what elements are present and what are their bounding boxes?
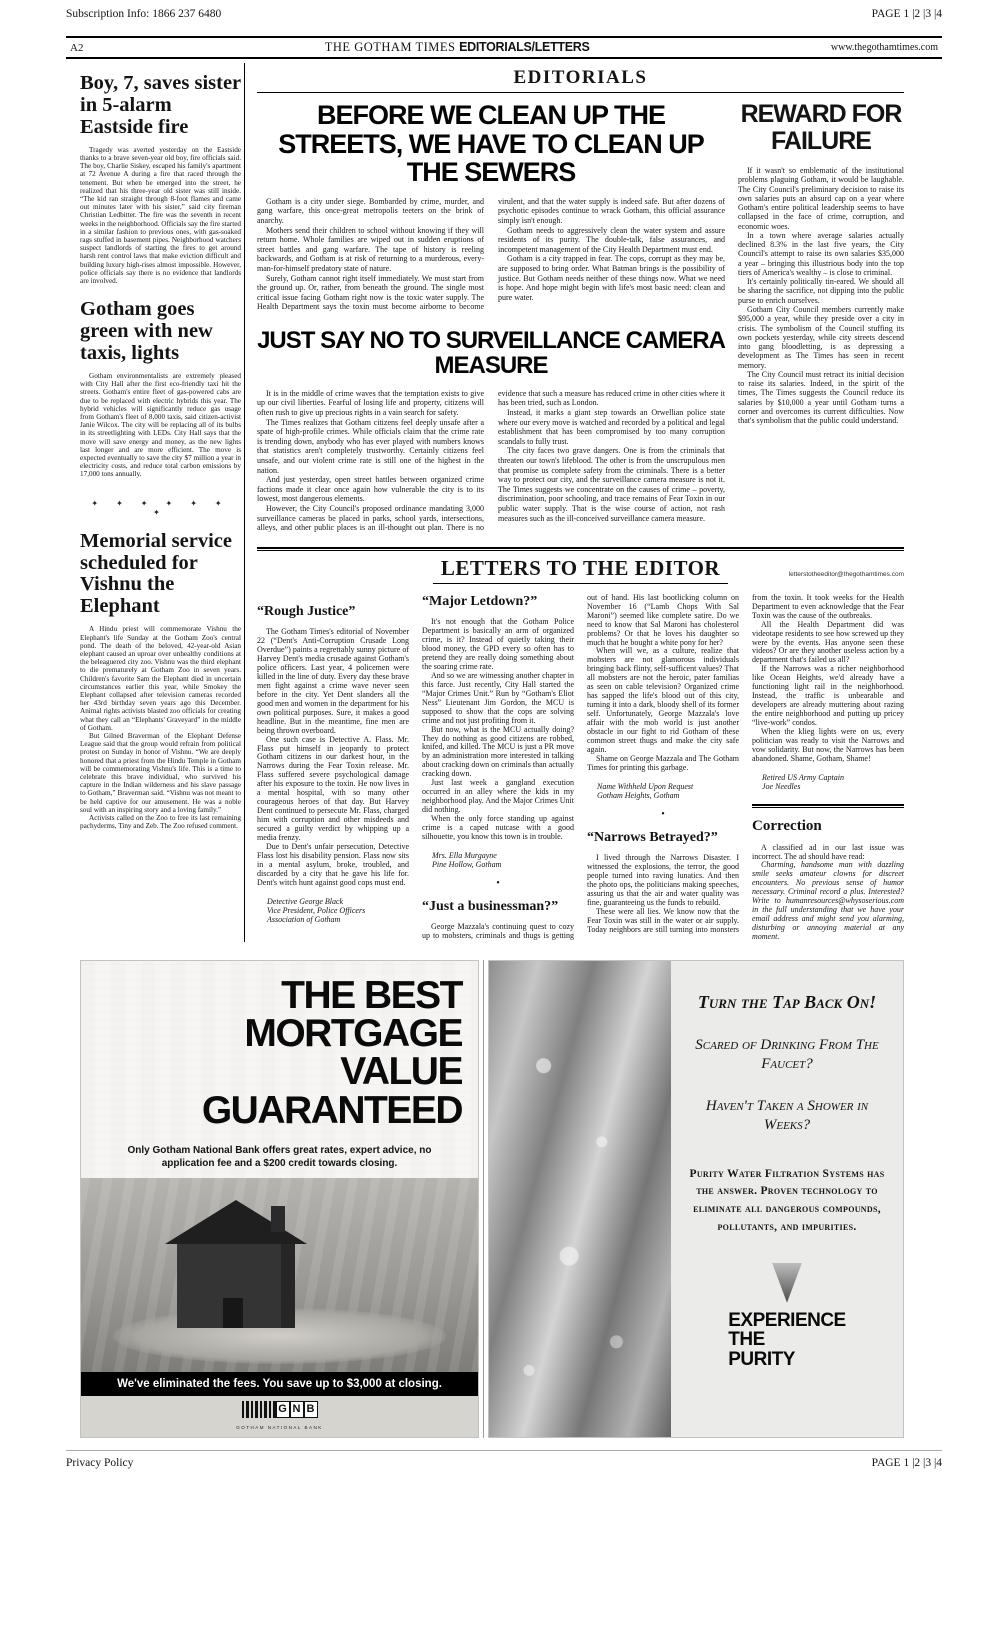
section-label: EDITORIALS/LETTERS [459,40,590,54]
footer: Privacy Policy PAGE 1 |2 |3 |4 [66,1450,942,1469]
paragraph: Gotham is a city under siege. Bombarded … [257,197,484,226]
double-rule [752,804,904,808]
paragraph: All the Health Department did was videot… [752,621,904,666]
mortgage-ad-tagline: Only Gotham National Bank offers great r… [81,1134,478,1178]
paragraph: When will we, as a culture, realize that… [587,647,739,754]
letters-section: LETTERS TO THE EDITOR letterstotheeditor… [257,547,904,942]
mortgage-ad[interactable]: THE BEST MORTGAGE VALUE GUARANTEED Only … [80,960,479,1438]
paragraph: Shame on George Mazzala and The Gotham T… [587,755,739,773]
brand-line: PURITY [728,1350,845,1369]
editorials-row: BEFORE WE CLEAN UP THE STREETS, WE HAVE … [257,101,904,533]
masthead: A2 THE GOTHAM TIMES EDITORIALS/LETTERS w… [66,36,942,59]
page-label: A2 [70,42,83,54]
paragraph: A Hindu priest will commemorate Vishnu t… [80,625,241,732]
paragraph: Just last week a gangland execution occu… [422,779,574,815]
letters-columns: “Rough Justice” The Gotham Times's edito… [257,594,904,942]
gnb-letter: G [276,1401,290,1418]
paper-name-text: THE GOTHAM TIMES [325,40,456,54]
correction-ad-text: Charming, handsome man with dazzling smi… [752,861,904,942]
paragraph: The city faces two grave dangers. One is… [498,446,725,523]
purity-hook-1: Turn the Tap Back On! [687,991,887,1014]
mortgage-ad-headline: THE BEST MORTGAGE VALUE GUARANTEED [81,961,478,1134]
mortgage-ad-offer-bar: We've eliminated the fees. You save up t… [81,1372,478,1396]
editorials-section-title: EDITORIALS [257,63,904,93]
headline-line: MORTGAGE [97,1015,462,1053]
headline-line: VALUE [97,1053,462,1091]
house-door-shape [223,1298,243,1328]
advertisements-row: THE BEST MORTGAGE VALUE GUARANTEED Only … [80,960,904,1438]
letters-email-link[interactable]: letterstotheeditor@thegothamtimes.com [789,571,904,578]
newspaper-page: Subscription Info: 1866 237 6480 PAGE 1 … [0,0,1004,1638]
paragraph: And so we are witnessing another chapter… [422,672,574,726]
barcode-bars-icon [242,1401,276,1418]
signature-line: Association of Gotham [267,916,409,925]
editorials-main-column: BEFORE WE CLEAN UP THE STREETS, WE HAVE … [257,101,725,533]
paragraph: Instead, it marks a giant step towards a… [498,408,725,446]
letter-signature: Detective George Black Vice President, P… [267,898,409,925]
paragraph: Activists called on the Zoo to free its … [80,814,241,830]
paragraph: Mothers send their children to school wi… [257,226,484,274]
editorial-headline-surveillance: JUST SAY NO TO SURVEILLANCE CAMERA MEASU… [257,328,725,379]
paragraph: Due to Dent's unfair persecution, Detect… [257,843,409,888]
paragraph: The Times realizes that Gotham citizens … [257,418,484,476]
house-chimney-shape [271,1206,285,1232]
letter-title-just-a-businessman: “Just a businessman?” [422,899,574,914]
content-area: Boy, 7, saves sister in 5-alarm Eastside… [80,63,904,942]
double-rule [257,547,904,551]
editorial-body-sewers: Gotham is a city under siege. Bombarded … [257,197,725,312]
purity-brand-lockup: EXPERIENCE THE PURITY [728,1311,845,1369]
page-nav-bottom[interactable]: PAGE 1 |2 |3 |4 [872,1457,942,1469]
paragraph: If the Narrows was a richer neighborhood… [752,665,904,728]
headline-line: THE BEST [97,977,462,1015]
purity-water-ad[interactable]: Turn the Tap Back On! Scared of Drinking… [488,960,904,1438]
brand-line: EXPERIENCE [728,1311,845,1330]
article-body-eastside-fire: Tragedy was averted yesterday on the Eas… [80,146,241,285]
paragraph: The Gotham Times's editorial of November… [257,628,409,735]
paragraph: In a town where average salaries actuall… [738,231,904,277]
purity-ad-copy: Turn the Tap Back On! Scared of Drinking… [671,961,903,1437]
house-roof-shape [165,1200,307,1244]
pouring-water-image [489,961,671,1437]
main-area: EDITORIALS BEFORE WE CLEAN UP THE STREET… [250,63,904,942]
paragraph: It is in the middle of crime waves that … [257,389,484,418]
article-title-eastside-fire: Boy, 7, saves sister in 5-alarm Eastside… [80,73,241,139]
article-title-vishnu-memorial: Memorial service scheduled for Vishnu th… [80,531,241,619]
article-body-goes-green: Gotham environmentalists are extremely p… [80,372,241,479]
correction-intro: A classified ad in our last issue was in… [752,844,904,862]
left-news-column: Boy, 7, saves sister in 5-alarm Eastside… [80,63,241,942]
gnb-logo-caption: GOTHAM NATIONAL BANK [81,1425,478,1430]
gnb-logo: G N B GOTHAM NATIONAL BANK [81,1396,478,1437]
privacy-policy-link[interactable]: Privacy Policy [66,1457,133,1469]
signature-line: Gotham Heights, Gotham [597,792,739,801]
signature-line: Joe Needles [762,783,904,792]
paragraph: I lived through the Narrows Disaster. I … [587,854,739,908]
house-on-money-image [81,1178,478,1372]
paragraph: Gotham environmentalists are extremely p… [80,372,241,479]
water-drop-icon [770,1263,804,1303]
star-divider: ✦ ✦ ✦ ✦ ✦ ✦ ✦ [80,499,241,517]
paragraph: Gotham is a city trapped in fear. The co… [498,254,725,302]
signature-line: Pine Hollow, Gotham [432,861,574,870]
top-bar: Subscription Info: 1866 237 6480 PAGE 1 … [0,0,1004,20]
purity-hook-3: Haven't Taken a Shower in Weeks? [687,1097,887,1136]
letter-title-rough-justice: “Rough Justice” [257,604,409,619]
paragraph: When the klieg lights were on us, every … [752,728,904,764]
brand-line: THE [728,1330,845,1349]
paragraph: Tragedy was averted yesterday on the Eas… [80,146,241,285]
headline-line: GUARANTEED [97,1092,462,1130]
subscription-info: Subscription Info: 1866 237 6480 [66,8,221,20]
gnb-letter: N [290,1401,304,1418]
paragraph: One such case is Detective A. Flass. Mr.… [257,736,409,843]
article-body-vishnu-memorial: A Hindu priest will commemorate Vishnu t… [80,625,241,830]
paragraph: And just yesterday, open street battles … [257,475,484,504]
purity-hook-2: Scared of Drinking From The Faucet? [687,1036,887,1075]
paragraph: It's not enough that the Gotham Police D… [422,618,574,672]
letter-separator-bullet: • [587,809,739,820]
letters-section-title: LETTERS TO THE EDITOR [433,556,728,584]
article-title-goes-green: Gotham goes green with new taxis, lights [80,299,241,365]
paragraph: When the only force standing up against … [422,815,574,842]
letter-signature: Retired US Army Captain Joe Needles [762,774,904,792]
letter-signature: Mrs. Ella Murgayne Pine Hollow, Gotham [432,852,574,870]
gnb-letter: B [304,1401,318,1418]
website-link[interactable]: www.thegothamtimes.com [831,42,938,53]
paragraph: Gotham City Council members currently ma… [738,305,904,370]
paragraph: But now, what is the MCU actually doing?… [422,726,574,780]
paper-name: THE GOTHAM TIMES EDITORIALS/LETTERS [325,40,590,55]
letters-header: LETTERS TO THE EDITOR letterstotheeditor… [257,556,904,584]
editorials-side-column: REWARD FOR FAILURE If it wasn't so emble… [725,101,904,533]
paragraph: The City Council must retract its initia… [738,370,904,426]
paragraph: If it wasn't so emblematic of the instit… [738,166,904,231]
correction-title: Correction [752,818,904,835]
ad-divider-rule [483,960,484,1438]
paragraph: Gotham needs to aggressively clean the w… [498,226,725,255]
editorial-body-reward: If it wasn't so emblematic of the instit… [738,166,904,425]
paragraph: But Gilned Braverman of the Elephant Def… [80,732,241,814]
editorial-headline-sewers: BEFORE WE CLEAN UP THE STREETS, WE HAVE … [257,101,725,187]
paragraph: It's certainly politically tin-eared. We… [738,277,904,305]
vertical-rule [244,63,245,942]
letter-title-narrows-betrayed: “Narrows Betrayed?” [587,830,739,845]
purity-body-copy: Purity Water Filtration Systems has the … [687,1166,887,1237]
editorial-headline-reward: REWARD FOR FAILURE [738,101,904,154]
letter-title-major-letdown: “Major Letdown?” [422,594,574,609]
letter-separator-bullet: • [422,878,574,889]
editorial-body-surveillance: It is in the middle of crime waves that … [257,389,725,533]
letter-signature: Name Withheld Upon Request Gotham Height… [597,783,739,801]
gnb-barcode-logo-icon: G N B [242,1401,318,1418]
page-nav-top[interactable]: PAGE 1 |2 |3 |4 [872,8,942,20]
